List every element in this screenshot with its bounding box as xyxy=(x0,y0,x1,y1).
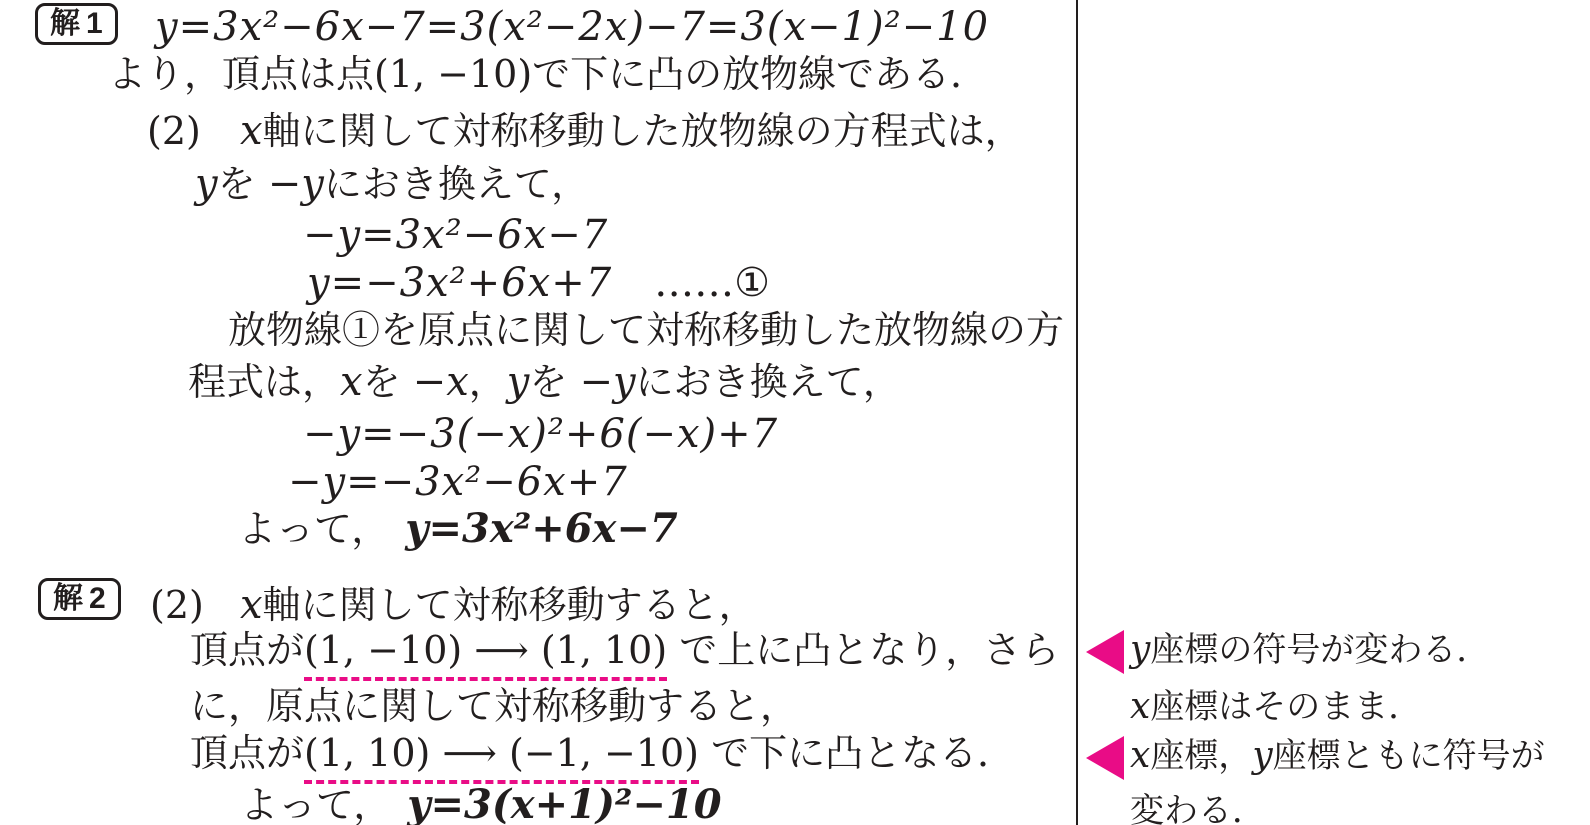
sol2-conclusion-equation: y=3(x+1)²−10 xyxy=(407,781,721,825)
note1-line1-text: 座標の符号が変わる． xyxy=(1150,630,1490,670)
sol1-step4-text4: におき換えて， xyxy=(636,360,901,404)
margin-note-2-line-2: 変わる． xyxy=(1130,791,1266,825)
sol1-step4-text1: を xyxy=(363,360,413,404)
sol1-eq-origin-simplified: −y=−3x²−6x+7 xyxy=(288,458,628,506)
solution2-badge: 解2 xyxy=(38,578,121,620)
column-divider xyxy=(1076,0,1078,825)
margin-note-1-line-1: y座標の符号が変わる． xyxy=(1130,628,1490,671)
sol1-eq-result1-body: y=−3x²+6x+7 xyxy=(307,260,612,306)
margin-pointer-icon xyxy=(1086,736,1124,780)
math-var: y xyxy=(1130,629,1150,670)
math-var: x xyxy=(240,582,263,628)
sol1-step2-text1: を xyxy=(218,162,268,206)
math-var: x xyxy=(240,108,263,154)
sol1-step4-text3: を xyxy=(529,360,579,404)
sol1-conclusion-label: よって， xyxy=(238,507,389,551)
math-var: x xyxy=(340,359,363,405)
note2-line1-text1: 座標， xyxy=(1150,736,1252,776)
sol1-step4: 程式は，xを −x，yを −yにおき換えて， xyxy=(188,358,901,406)
math-var: y xyxy=(507,359,530,405)
sol2-step4-highlight: (1, 10) ⟶ (−1, −10) xyxy=(304,731,699,784)
math-var: −x xyxy=(413,359,469,405)
sol2-step1-text: 軸に関して対称移動すると， xyxy=(263,583,757,627)
sol2-step1: x軸に関して対称移動すると， xyxy=(240,581,757,629)
sol1-step4-text0: 程式は， xyxy=(188,360,340,404)
sol1-eq-result1: y=−3x²+6x+7……① xyxy=(307,259,770,307)
sol1-step1: x軸に関して対称移動した放物線の方程式は， xyxy=(240,107,1023,155)
sol2-step2-suffix: で上に凸となり，さら xyxy=(667,628,1059,672)
sol1-conclusion-equation: y=3x²+6x−7 xyxy=(405,505,678,552)
math-var: x xyxy=(1130,735,1150,776)
equation-number-ref: ……① xyxy=(654,260,770,306)
sol2-part-label: (2) xyxy=(150,583,204,629)
sol1-step4-text2: ， xyxy=(469,360,507,404)
note2-line1-text2: 座標ともに符号が xyxy=(1273,736,1545,776)
solution1-badge: 解1 xyxy=(35,3,118,45)
math-var: y xyxy=(1252,735,1272,776)
sol2-step3: に，原点に関して対称移動すると， xyxy=(190,684,798,730)
sol1-vertex-note: より，頂点は点(1, −10)で下に凸の放物線である． xyxy=(108,52,988,98)
math-var: x xyxy=(1130,686,1150,727)
margin-pointer-icon xyxy=(1086,630,1124,674)
textbook-page: 解1 y=3x²−6x−7=3(x²−2x)−7=3(x−1)²−10 より，頂… xyxy=(0,0,1590,825)
sol1-conclusion: よって，y=3x²+6x−7 xyxy=(238,505,678,553)
sol2-step2-highlight: (1, −10) ⟶ (1, 10) xyxy=(304,628,667,681)
math-var: y xyxy=(195,161,218,207)
math-var: −y xyxy=(268,161,324,207)
sol1-eq-reflected-x: −y=3x²−6x−7 xyxy=(303,211,608,259)
sol1-opening-equation: y=3x²−6x−7=3(x²−2x)−7=3(x−1)²−10 xyxy=(155,3,989,51)
sol2-step4-suffix: で下に凸となる． xyxy=(699,731,1015,775)
sol2-step2: 頂点が(1, −10) ⟶ (1, 10) で上に凸となり，さら xyxy=(190,628,1059,674)
note1-line2-text: 座標はそのまま． xyxy=(1150,687,1422,727)
sol2-conclusion-label: よって， xyxy=(240,783,391,825)
sol1-part-label: (2) xyxy=(147,109,201,155)
sol2-step4: 頂点が(1, 10) ⟶ (−1, −10) で下に凸となる． xyxy=(190,731,1015,777)
math-var: −y xyxy=(579,359,635,405)
margin-note-1-line-2: x座標はそのまま． xyxy=(1130,685,1422,728)
sol2-step2-prefix: 頂点が xyxy=(190,628,304,672)
sol1-step3: 放物線①を原点に関して対称移動した放物線の方 xyxy=(228,308,1064,354)
sol1-step1-text: 軸に関して対称移動した放物線の方程式は， xyxy=(263,109,1023,153)
sol1-step2: yを −yにおき換えて， xyxy=(195,160,589,208)
sol1-eq-origin-sub: −y=−3(−x)²+6(−x)+7 xyxy=(303,410,778,458)
margin-note-2-line-1: x座標，y座標ともに符号が xyxy=(1130,734,1545,777)
sol1-step2-text2: におき換えて， xyxy=(324,162,589,206)
sol2-step4-prefix: 頂点が xyxy=(190,731,304,775)
sol2-conclusion: よって，y=3(x+1)²−10 xyxy=(240,781,722,825)
